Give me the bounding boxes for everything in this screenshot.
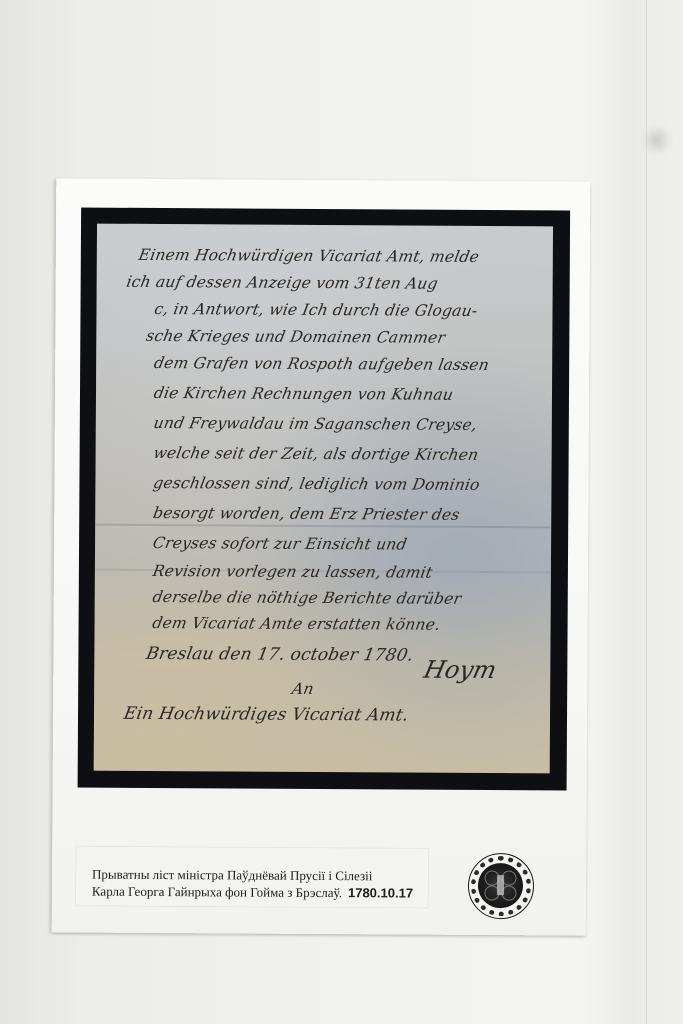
seal-center	[478, 863, 523, 908]
letter-line: dem Grafen von Rospoth aufgeben lassen	[153, 354, 491, 374]
exhibit-card: Einem Hochwürdigen Vicariat Amt, melde i…	[52, 178, 591, 935]
seal-emblem-icon	[478, 863, 523, 908]
letter-line: Einem Hochwürdigen Vicariat Amt, melde	[137, 246, 480, 266]
document-frame: Einem Hochwürdigen Vicariat Amt, melde i…	[78, 208, 571, 791]
caption-label: Прыватны ліст міністра Паўднёвай Прусії …	[76, 847, 428, 908]
wall-seam	[646, 0, 647, 1024]
letter-line: c, in Antwort, wie Ich durch die Glogau-	[153, 300, 479, 320]
seal-icon	[468, 853, 534, 919]
letter-address-line: Ein Hochwürdiges Vicariat Amt.	[122, 704, 410, 726]
letter-line: geschlossen sind, lediglich vom Dominio	[152, 474, 482, 494]
letter-line: derselbe die nöthige Berichte darüber	[151, 588, 463, 608]
letter-line: ich auf dessen Anzeige vom 31ten Aug	[125, 273, 439, 293]
letter-line: die Kirchen Rechnungen von Kuhnau	[152, 384, 454, 404]
caption-line-2-text: Карла Георга Гайнрыха фон Гойма з Брэсла…	[92, 884, 342, 901]
caption-line-1: Прыватны ліст міністра Паўднёвай Прусії …	[92, 867, 372, 885]
letter-line: und Freywaldau im Saganschen Creyse,	[152, 414, 478, 434]
letter-line: welche seit der Zeit, als dortige Kirche…	[152, 444, 480, 464]
letter-line: dem Vicariat Amte erstatten könne.	[151, 614, 442, 634]
letter-place-date: Breslau den 17. october 1780.	[145, 644, 415, 666]
letter-line: Creyses sofort zur Einsicht und	[151, 534, 408, 554]
caption-line-2: Карла Георга Гайнрыха фон Гойма з Брэсла…	[92, 884, 413, 902]
paper-fold	[95, 524, 551, 529]
letter-line: sche Krieges und Domainen Cammer	[145, 327, 447, 347]
handwritten-letter: Einem Hochwürdigen Vicariat Amt, melde i…	[94, 224, 553, 774]
caption-date: 1780.10.17	[348, 885, 413, 900]
letter-line: besorgt worden, dem Erz Priester des	[152, 504, 462, 524]
letter-address-to: An	[291, 680, 316, 698]
letter-line: Revision vorlegen zu lassen, damit	[151, 562, 434, 582]
wall-smudge	[640, 125, 674, 155]
letter-signature: Hoym	[421, 656, 499, 684]
